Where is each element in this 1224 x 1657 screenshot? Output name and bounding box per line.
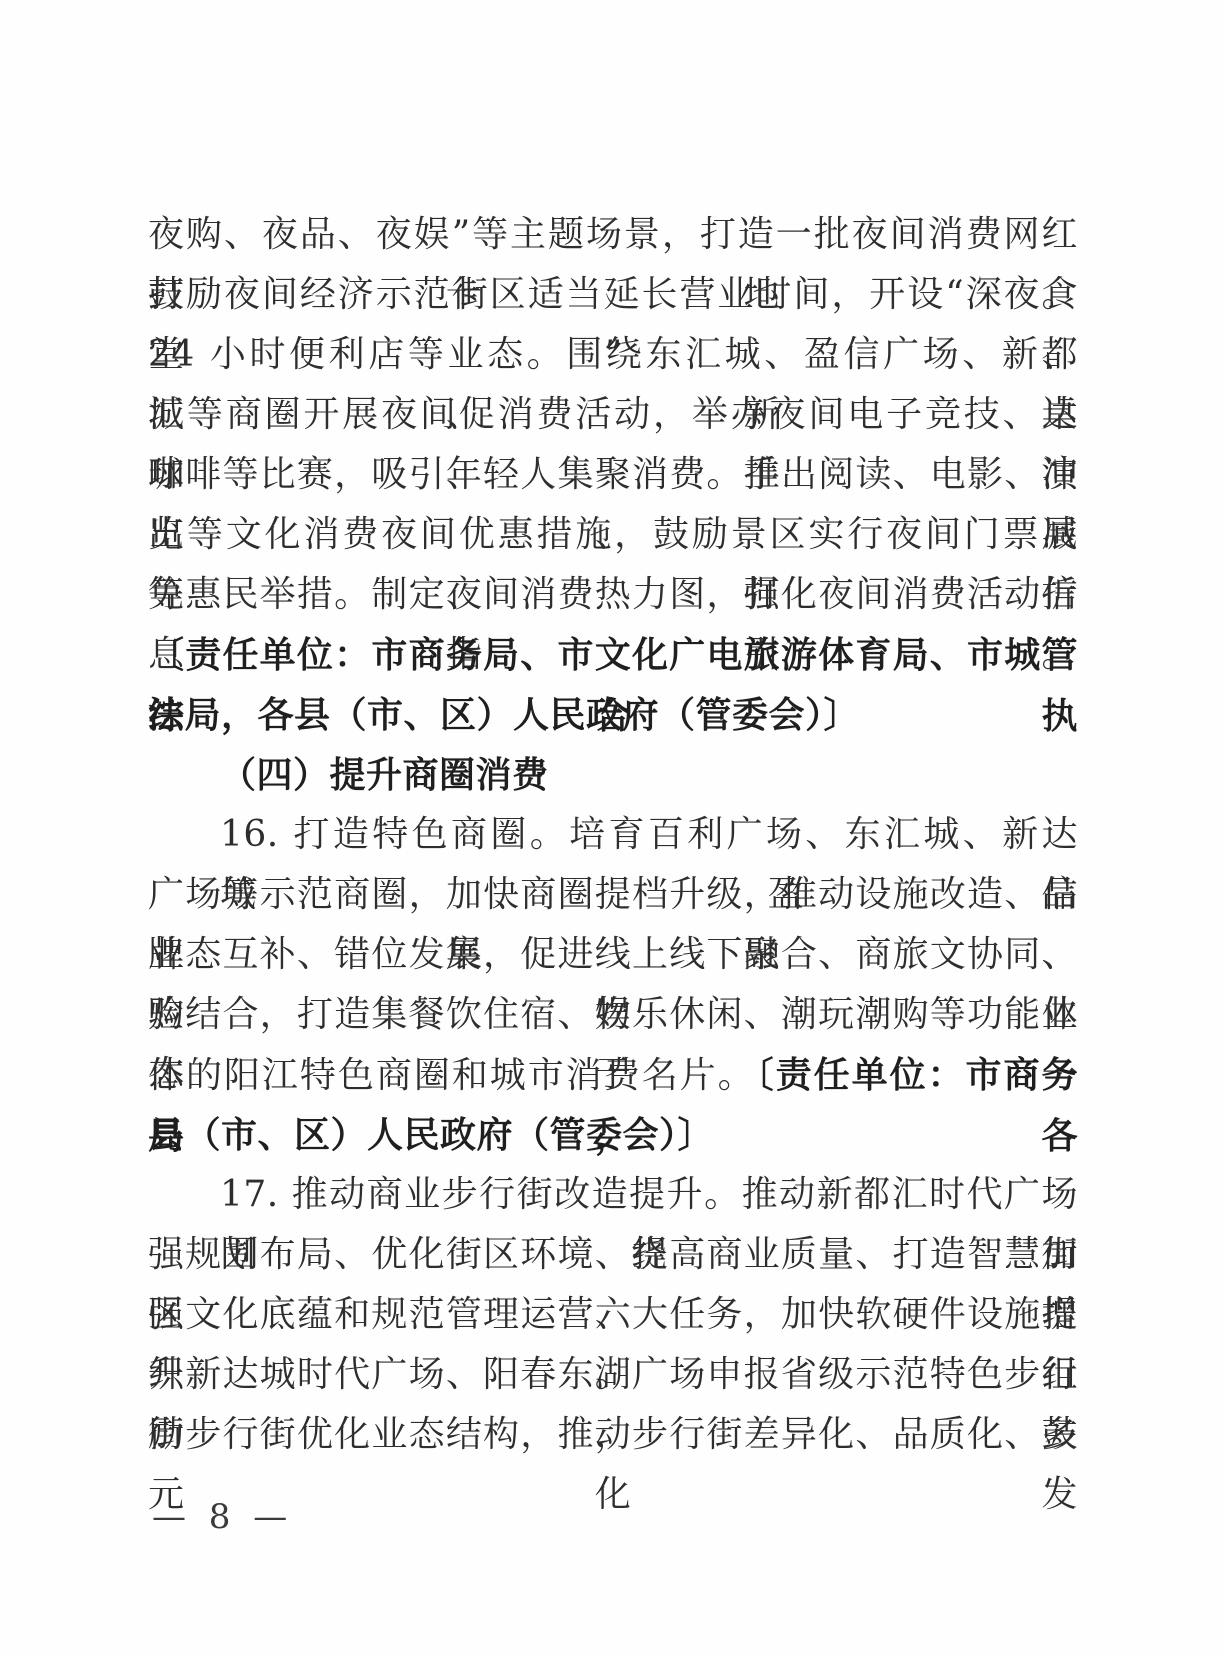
text-line: 验结合，打造集餐饮住宿、娱乐休闲、潮玩潮购等功能业态于一	[148, 985, 1078, 1045]
document-body: 夜购、夜品、夜娱”等主题场景，打造一批夜间消费网红打卡地。鼓励夜间经济示范街区适…	[148, 205, 1078, 1465]
text-line: 咖啡等比赛，吸引年轻人集聚消费。推出阅读、电影、演出、展	[148, 445, 1078, 505]
text-line: 励步行街优化业态结构，推动步行街差异化、品质化、多元化发	[148, 1405, 1078, 1465]
text-line: 24 小时便利店等业态。围绕东汇城、盈信广场、新都汇、新达	[148, 325, 1078, 385]
text-line: 强文化底蕴和规范管理运营六大任务，加快软硬件设施提升。组	[148, 1285, 1078, 1345]
text-line: 强规划布局、优化街区环境、提高商业质量、打造智慧街区、增	[148, 1225, 1078, 1285]
text-line: 17. 推动商业步行街改造提升。推动新都汇时代广场围绕加	[148, 1165, 1078, 1225]
text-segment: 体的阳江特色商圈和城市消费名片。	[148, 1055, 756, 1096]
page-number: — 8 —	[152, 1497, 293, 1537]
text-line: 夜购、夜品、夜娱”等主题场景，打造一批夜间消费网红打卡地。	[148, 205, 1078, 265]
text-segment-bold: 法局，各县（市、区）人民政府（管委会）〕	[148, 694, 860, 736]
text-line: 鼓励夜间经济示范街区适当延长营业时间，开设“深夜食堂”、	[148, 265, 1078, 325]
text-line: 体的阳江特色商圈和城市消费名片。〔责任单位：市商务局，各	[148, 1045, 1078, 1105]
text-line: 等惠民举措。制定夜间消费热力图，强化夜间消费活动信息指引。	[148, 565, 1078, 625]
text-line: 广场等示范商圈，加快商圈提档升级，推动设施改造、品牌集聚、	[148, 865, 1078, 925]
text-line: 织新达城时代广场、阳春东湖广场申报省级示范特色步行街，鼓	[148, 1345, 1078, 1405]
text-segment-bold: 县（市、区）人民政府（管委会）〕	[148, 1114, 714, 1156]
text-line: 16. 打造特色商圈。培育百利广场、东汇城、新达城、盈信	[148, 805, 1078, 865]
text-line: 览等文化消费夜间优惠措施，鼓励景区实行夜间门票减免、打折	[148, 505, 1078, 565]
document-page: 夜购、夜品、夜娱”等主题场景，打造一批夜间消费网红打卡地。鼓励夜间经济示范街区适…	[0, 0, 1224, 1657]
text-line: 城等商圈开展夜间促消费活动，举办夜间电子竞技、桌球、手冲	[148, 385, 1078, 445]
text-line: 业态互补、错位发展，促进线上线下融合、商旅文协同、购物体	[148, 925, 1078, 985]
text-line: 〔责任单位：市商务局、市文化广电旅游体育局、市城管综合执	[148, 625, 1078, 685]
text-segment-bold: （四）提升商圈消费	[220, 754, 549, 796]
text-line: （四）提升商圈消费	[148, 745, 1078, 805]
